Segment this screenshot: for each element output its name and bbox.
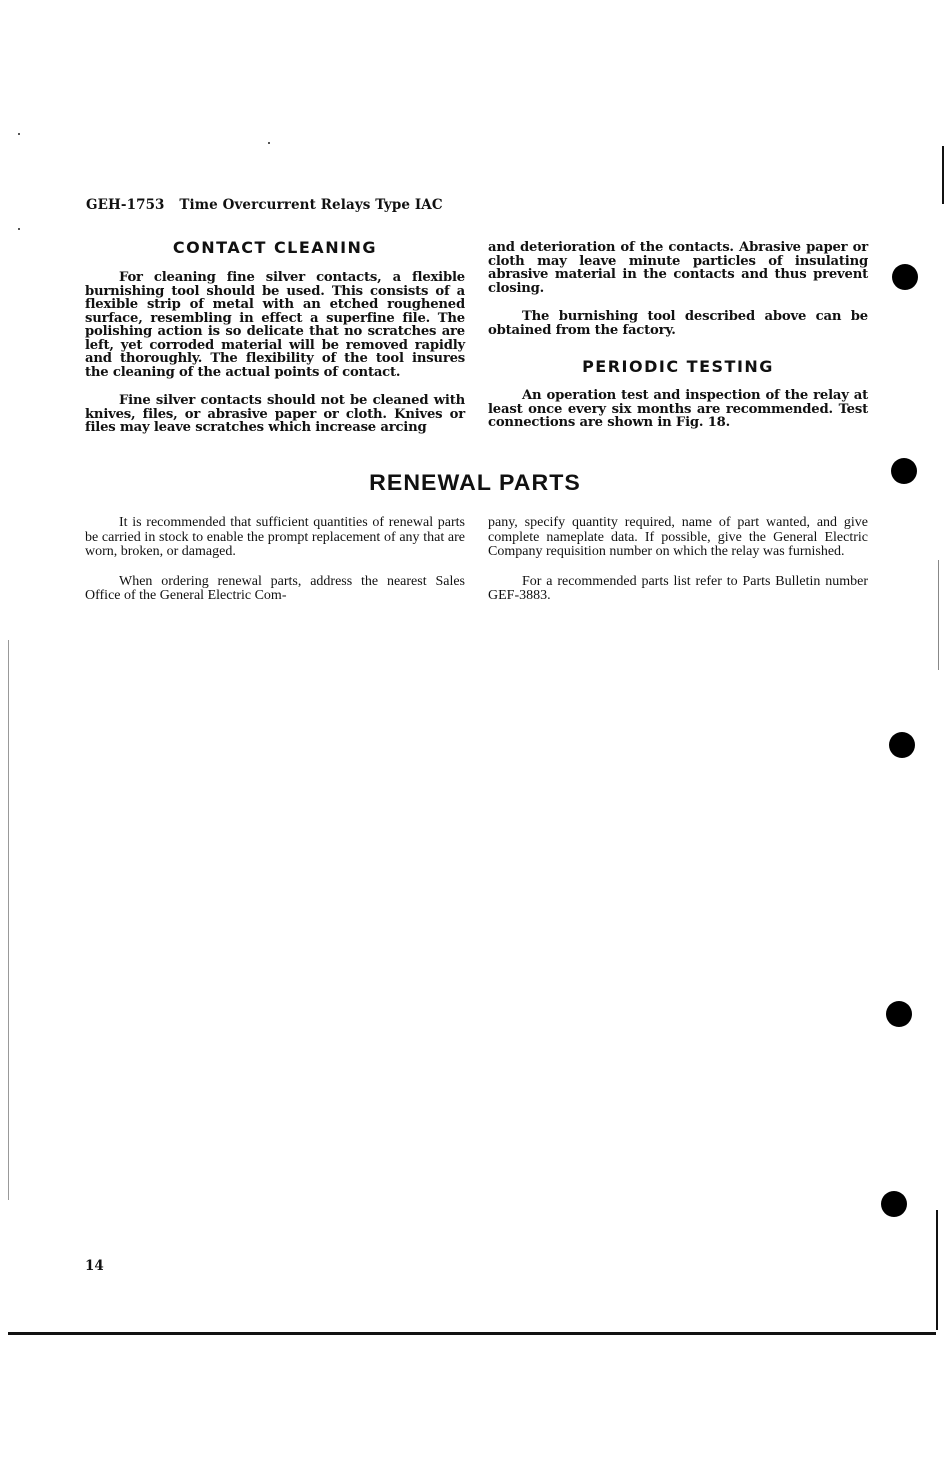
page-header: GEH-1753 Time Overcurrent Relays Type IA… bbox=[86, 197, 443, 213]
punch-hole-icon bbox=[891, 458, 917, 484]
paragraph: Fine silver contacts should not be clean… bbox=[85, 394, 465, 435]
periodic-testing-heading: PERIODIC TESTING bbox=[488, 357, 868, 376]
left-page-edge bbox=[8, 640, 9, 1200]
right-page-edge bbox=[938, 560, 939, 670]
punch-hole-icon bbox=[881, 1191, 907, 1217]
right-page-edge bbox=[936, 1210, 938, 1330]
paragraph: When ordering renewal parts, address the… bbox=[85, 575, 465, 604]
scan-speck bbox=[18, 228, 20, 230]
document-title: Time Overcurrent Relays Type IAC bbox=[179, 197, 442, 213]
paragraph: It is recommended that sufficient quanti… bbox=[85, 516, 465, 560]
page-number: 14 bbox=[85, 1258, 104, 1274]
scan-speck bbox=[268, 142, 270, 144]
paragraph: and deterioration of the contacts. Abras… bbox=[488, 241, 868, 295]
punch-hole-icon bbox=[892, 264, 918, 290]
document-number: GEH-1753 bbox=[86, 197, 165, 213]
punch-hole-icon bbox=[889, 732, 915, 758]
paragraph: For a recommended parts list refer to Pa… bbox=[488, 575, 868, 604]
bottom-page-edge bbox=[8, 1332, 936, 1335]
paragraph: An operation test and inspection of the … bbox=[488, 389, 868, 430]
scan-speck bbox=[18, 133, 20, 135]
renewal-parts-left: It is recommended that sufficient quanti… bbox=[85, 516, 465, 617]
paragraph: The burnishing tool described above can … bbox=[488, 310, 868, 337]
contact-cleaning-continued: and deterioration of the contacts. Abras… bbox=[488, 241, 868, 443]
paragraph: For cleaning fine silver contacts, a fle… bbox=[85, 271, 465, 379]
right-page-edge bbox=[942, 146, 944, 204]
contact-cleaning-heading: CONTACT CLEANING bbox=[85, 238, 465, 257]
renewal-parts-heading: RENEWAL PARTS bbox=[0, 470, 950, 496]
renewal-parts-right: pany, specify quantity required, name of… bbox=[488, 516, 868, 617]
punch-hole-icon bbox=[886, 1001, 912, 1027]
paragraph: pany, specify quantity required, name of… bbox=[488, 516, 868, 560]
contact-cleaning-section: CONTACT CLEANING For cleaning fine silve… bbox=[85, 238, 465, 448]
